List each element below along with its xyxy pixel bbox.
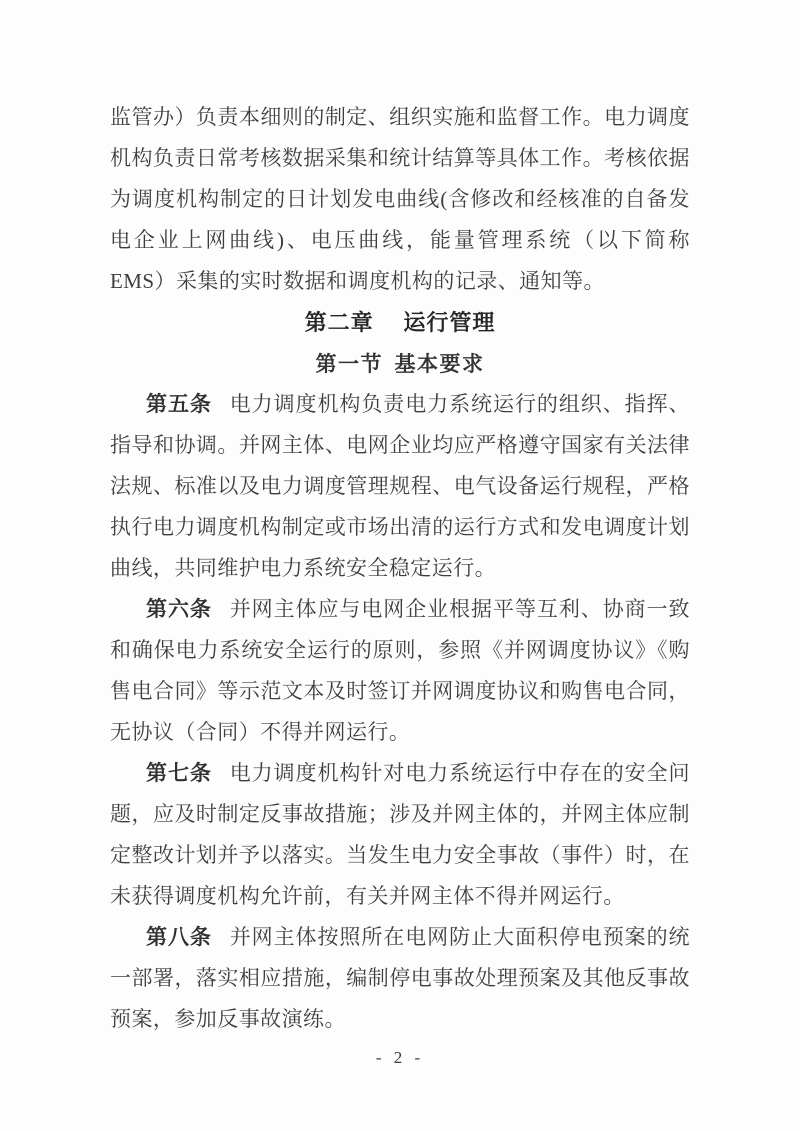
article-text: 电力调度机构负责电力系统运行的组织、指挥、指导和协调。并网主体、电网企业均应严格…	[110, 392, 690, 580]
article-paragraph-6: 第六条并网主体应与电网企业根据平等互利、协商一致和确保电力系统安全运行的原则，参…	[110, 589, 690, 753]
article-number: 第八条	[146, 925, 212, 949]
chapter-title: 运行管理	[403, 310, 495, 335]
document-page: 监管办）负责本细则的制定、组织实施和监督工作。电力调度机构负责日常考核数据采集和…	[0, 0, 800, 1131]
chapter-heading: 第二章运行管理	[110, 302, 690, 344]
page-footer: - 2 -	[0, 1048, 800, 1068]
paragraph-continuation: 监管办）负责本细则的制定、组织实施和监督工作。电力调度机构负责日常考核数据采集和…	[110, 97, 690, 302]
document-body: 监管办）负责本细则的制定、组织实施和监督工作。电力调度机构负责日常考核数据采集和…	[110, 97, 690, 1040]
section-title: 基本要求	[395, 352, 485, 376]
article-paragraph-7: 第七条电力调度机构针对电力系统运行中存在的安全问题，应及时制定反事故措施；涉及并…	[110, 753, 690, 917]
article-number: 第六条	[146, 597, 212, 621]
article-paragraph-5: 第五条电力调度机构负责电力系统运行的组织、指挥、指导和协调。并网主体、电网企业均…	[110, 384, 690, 589]
section-number: 第一节	[315, 352, 383, 376]
article-number: 第七条	[146, 761, 212, 785]
article-number: 第五条	[146, 392, 212, 416]
article-paragraph-8: 第八条并网主体按照所在电网防止大面积停电预案的统一部署，落实相应措施，编制停电事…	[110, 917, 690, 1040]
section-heading: 第一节基本要求	[110, 344, 690, 384]
chapter-number: 第二章	[305, 310, 374, 335]
page-number: - 2 -	[376, 1048, 424, 1067]
